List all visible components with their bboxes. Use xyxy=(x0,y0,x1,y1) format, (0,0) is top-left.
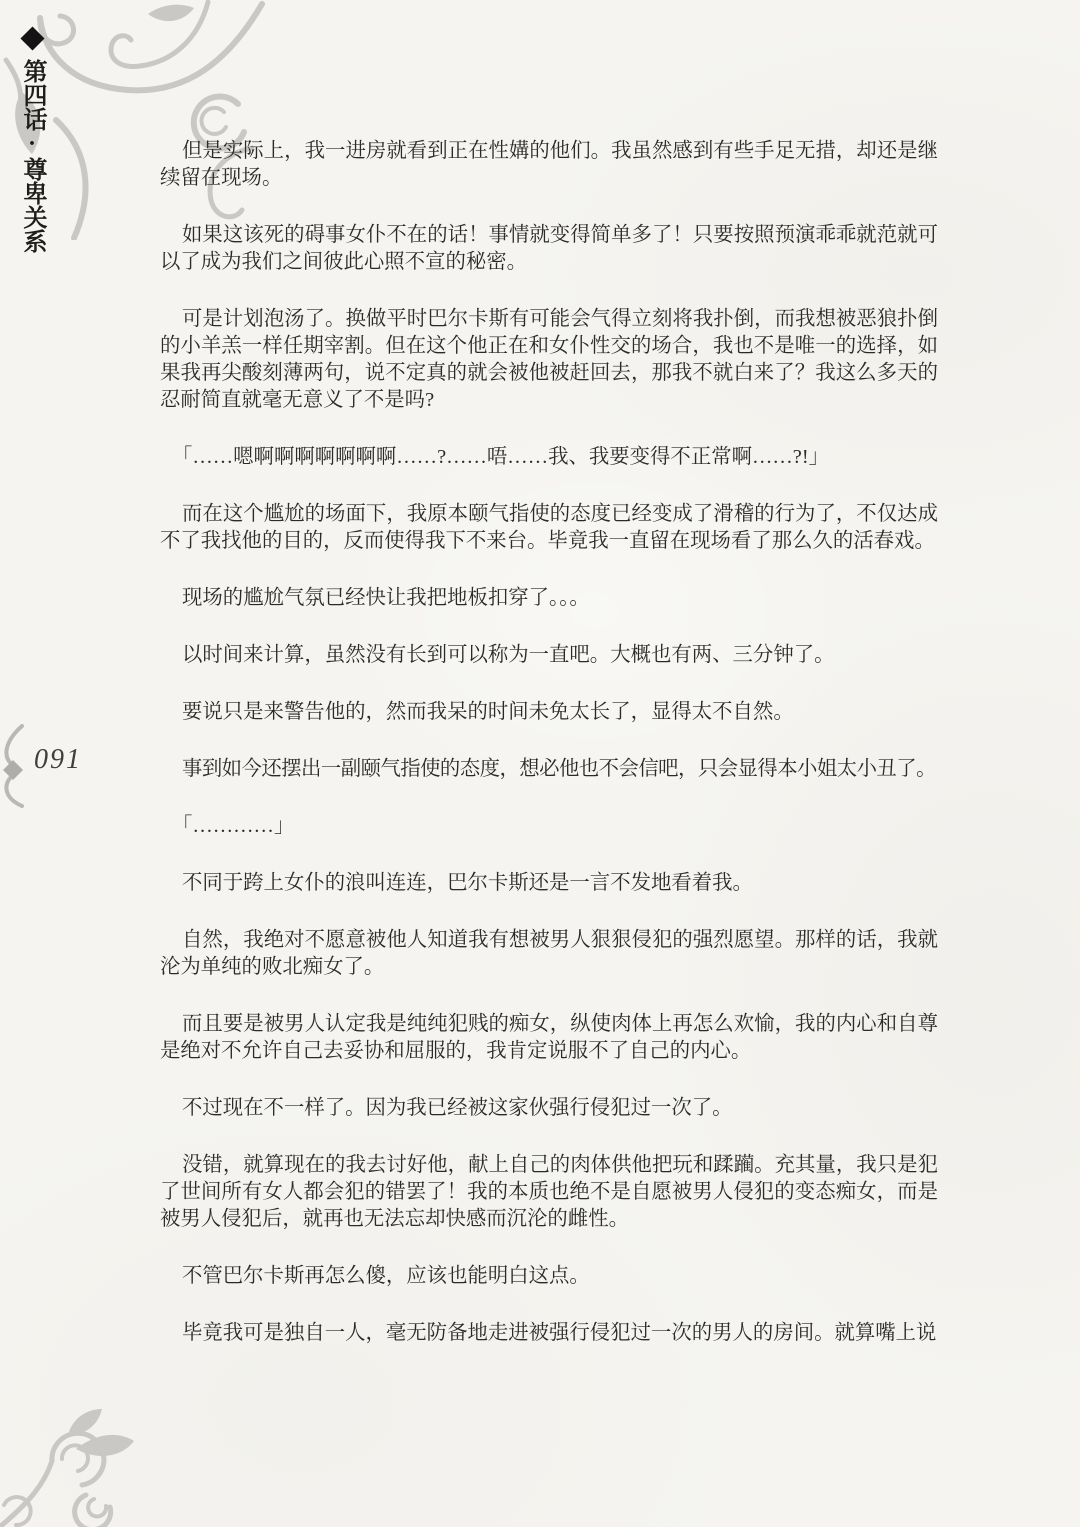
paragraph: 不过现在不一样了。因为我已经被这家伙强行侵犯过一次了。 xyxy=(160,1095,938,1122)
paragraph: 可是计划泡汤了。换做平时巴尔卡斯有可能会气得立刻将我扑倒，而我想被恶狼扑倒的小羊… xyxy=(160,306,938,414)
paragraph: 但是实际上，我一进房就看到正在性媾的他们。我虽然感到有些手足无措，却还是继续留在… xyxy=(160,138,938,192)
corner-flourish-bottom-icon xyxy=(0,1407,140,1527)
dialogue-line: 「……嗯啊啊啊啊啊啊啊……?……唔……我、我要变得不正常啊……?!」 xyxy=(160,444,938,471)
page-number: 091 xyxy=(34,744,82,776)
paragraph: 要说只是来警告他的，然而我呆的时间未免太长了，显得太不自然。 xyxy=(160,699,938,726)
paragraph: 事到如今还摆出一副颐气指使的态度，想必他也不会信吧，只会显得本小姐太小丑了。 xyxy=(160,756,938,783)
paragraph: 以时间来计算，虽然没有长到可以称为一直吧。大概也有两、三分钟了。 xyxy=(160,642,938,669)
novel-page: 第四话·尊卑关系 091 但是实际上，我一进房就看到正在性媾的他们。我虽然感到有… xyxy=(0,0,1080,1527)
chapter-header: 第四话·尊卑关系 xyxy=(16,26,48,253)
chapter-title: 第四话·尊卑关系 xyxy=(20,59,44,253)
paragraph: 不同于跨上女仆的浪叫连连，巴尔卡斯还是一言不发地看着我。 xyxy=(160,870,938,897)
paragraph: 而且要是被男人认定我是纯纯犯贱的痴女，纵使肉体上再怎么欢愉，我的内心和自尊是绝对… xyxy=(160,1011,938,1065)
body-text: 但是实际上，我一进房就看到正在性媾的他们。我虽然感到有些手足无措，却还是继续留在… xyxy=(160,138,938,1377)
paragraph: 毕竟我可是独自一人，毫无防备地走进被强行侵犯过一次的男人的房间。就算嘴上说 xyxy=(160,1320,938,1347)
paragraph: 自然，我绝对不愿意被他人知道我有想被男人狠狠侵犯的强烈愿望。那样的话，我就沦为单… xyxy=(160,927,938,981)
dialogue-line: 「…………」 xyxy=(160,813,938,840)
page-number-ornament-icon xyxy=(0,724,26,808)
paragraph: 而在这个尴尬的场面下，我原本颐气指使的态度已经变成了滑稽的行为了，不仅达成不了我… xyxy=(160,501,938,555)
paragraph: 现场的尴尬气氛已经快让我把地板扣穿了。。。 xyxy=(160,585,938,612)
paragraph: 没错，就算现在的我去讨好他，献上自己的肉体供他把玩和蹂躏。充其量，我只是犯了世间… xyxy=(160,1152,938,1233)
paragraph: 如果这该死的碍事女仆不在的话！事情就变得简单多了！只要按照预演乖乖就范就可以了成… xyxy=(160,222,938,276)
chapter-diamond-icon xyxy=(20,26,44,50)
paragraph: 不管巴尔卡斯再怎么傻，应该也能明白这点。 xyxy=(160,1263,938,1290)
